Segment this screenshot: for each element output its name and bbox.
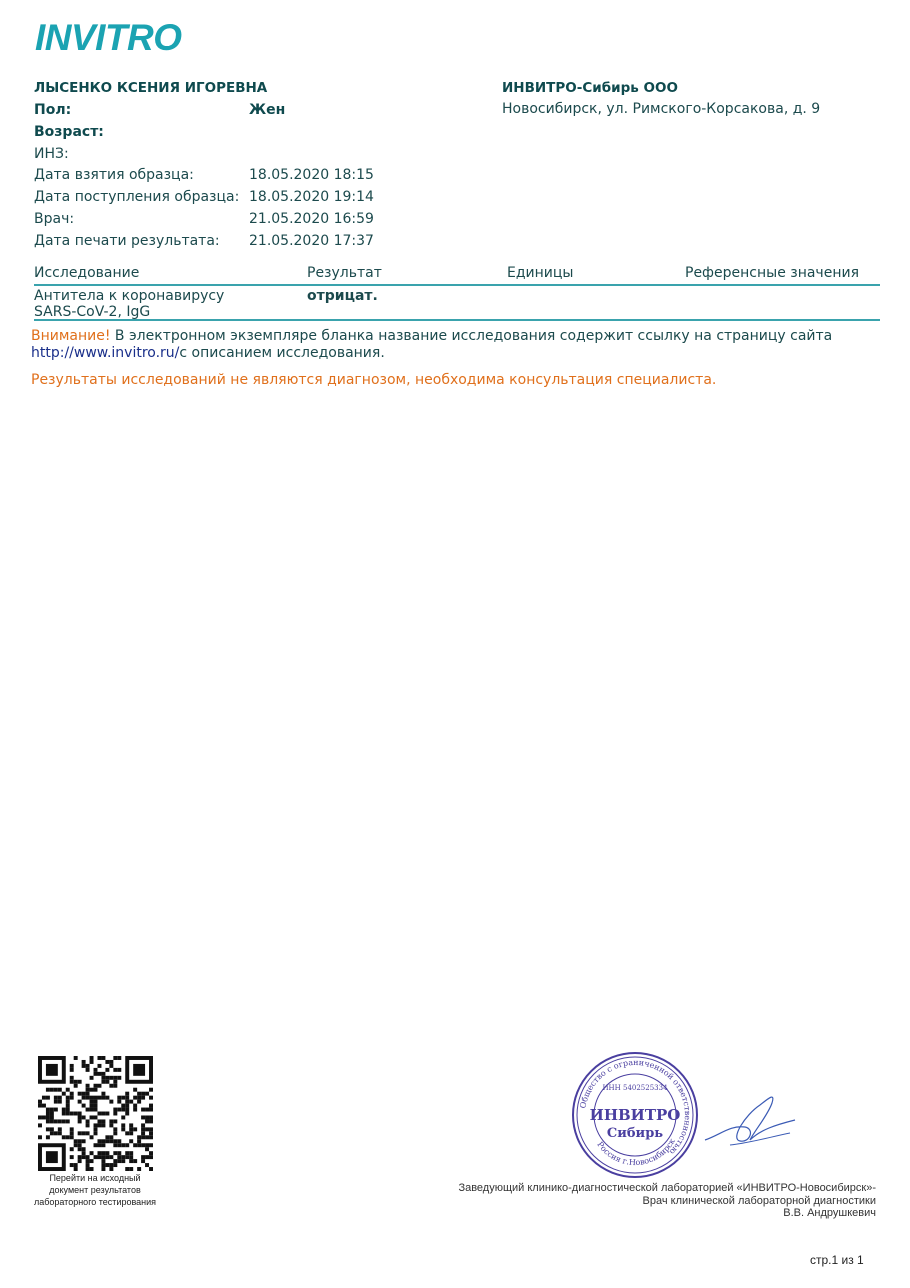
field-label: Пол: xyxy=(34,102,71,118)
qr-code-icon xyxy=(38,1056,153,1171)
svg-text:ИНН 5402525334: ИНН 5402525334 xyxy=(602,1084,668,1092)
patient-name: ЛЫСЕНКО КСЕНИЯ ИГОРЕВНА xyxy=(34,80,267,96)
page-number: стр.1 из 1 xyxy=(810,1253,864,1267)
field-value: 18.05.2020 19:14 xyxy=(249,189,374,205)
field-value: Жен xyxy=(249,102,285,118)
test-name-line2[interactable]: SARS-CoV-2, IgG xyxy=(34,304,224,320)
header-result: Результат xyxy=(307,265,382,281)
notice-text-after-link: с описанием исследования. xyxy=(179,345,384,361)
invitro-logo: INVITRO xyxy=(35,17,182,59)
header-units: Единицы xyxy=(507,265,573,281)
results-table-header: Исследование Результат Единицы Референсн… xyxy=(34,265,880,286)
svg-text:Сибирь: Сибирь xyxy=(607,1126,663,1141)
signature-icon xyxy=(700,1085,800,1155)
table-row: Антитела к коронавирусу SARS-CoV-2, IgG … xyxy=(34,287,880,321)
field-label: Дата поступления образца: xyxy=(34,189,239,205)
notice-text: В электронном экземпляре бланка название… xyxy=(110,328,832,344)
test-name-link[interactable]: Антитела к коронавирусу SARS-CoV-2, IgG xyxy=(34,288,224,320)
svg-text:Россия г.Новосибирск: Россия г.Новосибирск xyxy=(595,1137,677,1167)
disclaimer: Результаты исследований не являются диаг… xyxy=(31,372,716,388)
svg-text:ИНВИТРО: ИНВИТРО xyxy=(590,1106,681,1124)
field-label: Врач: xyxy=(34,211,74,227)
invitro-link[interactable]: http://www.invitro.ru/ xyxy=(31,345,179,361)
header-test: Исследование xyxy=(34,265,139,281)
field-value: 18.05.2020 18:15 xyxy=(249,167,374,183)
signatory-name: В.В. Андрушкевич xyxy=(458,1207,876,1220)
field-label: Возраст: xyxy=(34,124,104,140)
notice: Внимание! В электронном экземпляре бланк… xyxy=(31,328,891,362)
stamp-icon: Общество с ограниченной ответственностью… xyxy=(570,1050,700,1180)
signatory-position: Врач клинической лабораторной диагностик… xyxy=(458,1195,876,1208)
qr-code[interactable] xyxy=(38,1056,153,1171)
field-label: Дата взятия образца: xyxy=(34,167,194,183)
qr-caption-line: документ результатов xyxy=(10,1184,180,1196)
signatory: Заведующий клинико-диагностической лабор… xyxy=(458,1182,876,1220)
test-result: отрицат. xyxy=(307,288,378,304)
field-label: ИНЗ: xyxy=(34,146,69,162)
qr-caption: Перейти на исходный документ результатов… xyxy=(10,1172,180,1208)
lab-name: ИНВИТРО-Сибирь ООО xyxy=(502,80,678,96)
field-value: 21.05.2020 16:59 xyxy=(249,211,374,227)
field-label: Дата печати результата: xyxy=(34,233,220,249)
field-value: 21.05.2020 17:37 xyxy=(249,233,374,249)
notice-warning: Внимание! xyxy=(31,328,110,344)
qr-caption-line: Перейти на исходный xyxy=(10,1172,180,1184)
qr-caption-line: лабораторного тестирования xyxy=(10,1196,180,1208)
header-reference: Референсные значения xyxy=(685,265,859,281)
lab-address: Новосибирск, ул. Римского-Корсакова, д. … xyxy=(502,101,820,117)
signatory-title: Заведующий клинико-диагностической лабор… xyxy=(458,1182,876,1195)
test-name-line1[interactable]: Антитела к коронавирусу xyxy=(34,288,224,304)
